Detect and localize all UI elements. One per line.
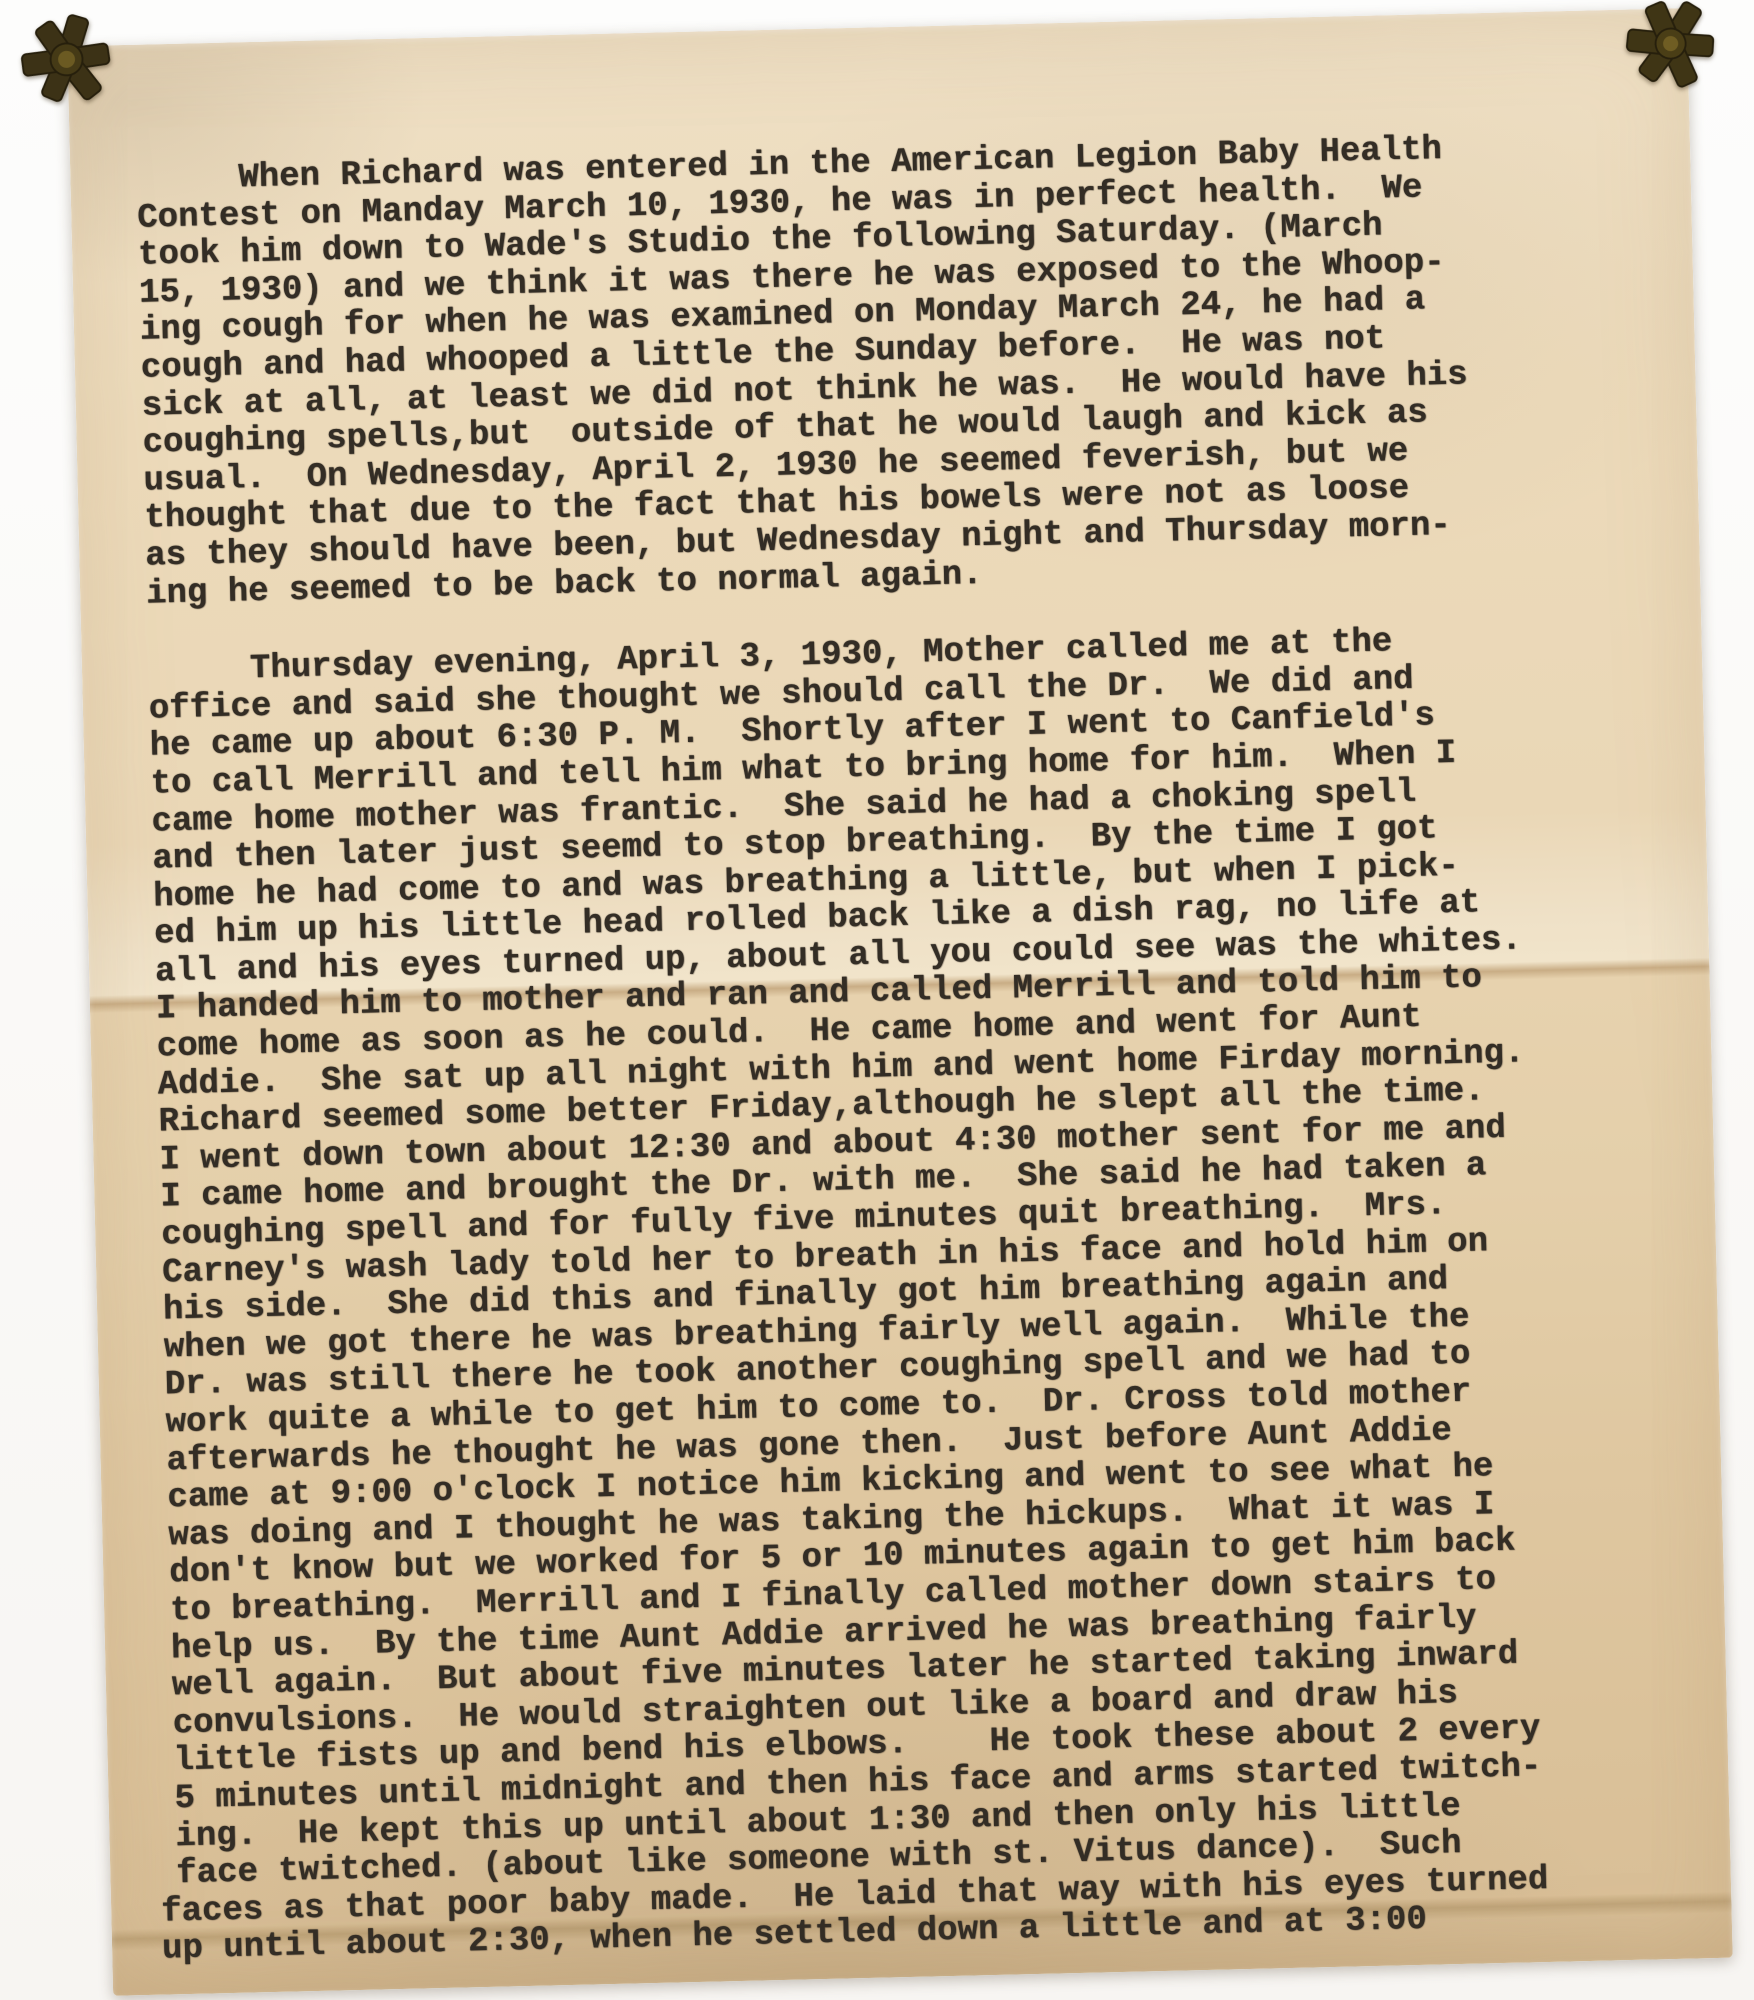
- paragraph: Thursday evening, April 3, 1930, Mother …: [148, 621, 1550, 1969]
- paper-fastener-icon: [1606, 0, 1735, 108]
- paper: When Richard was entered in the American…: [67, 8, 1732, 1996]
- letter-body: When Richard was entered in the American…: [136, 130, 1550, 1969]
- paragraph: When Richard was entered in the American…: [136, 130, 1518, 613]
- paper-fastener-icon: [14, 7, 118, 111]
- photo-background: When Richard was entered in the American…: [0, 0, 1754, 2000]
